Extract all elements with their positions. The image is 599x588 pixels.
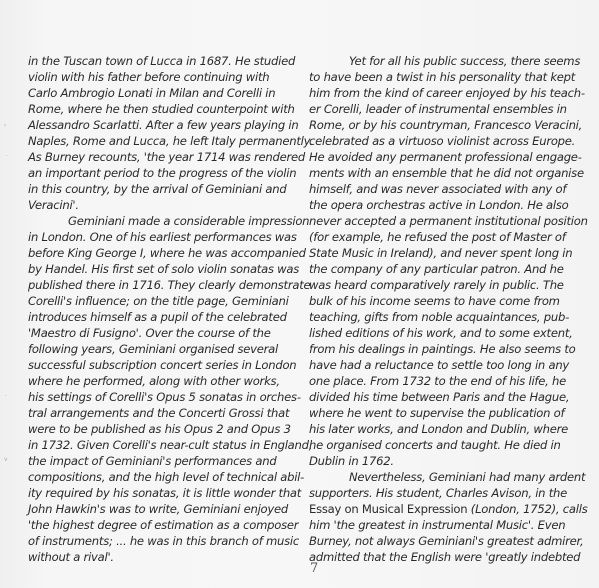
- text-line: As Burney recounts, 'the year 1714 was r…: [28, 149, 303, 165]
- text-line: ity required by his sonatas, it is littl…: [28, 485, 303, 501]
- text-line: Naples, Rome and Lucca, he left Italy pe…: [28, 133, 303, 149]
- text-line: his later works, and London and Dublin, …: [309, 421, 584, 437]
- text-line: where he performed, along with other wor…: [28, 373, 303, 389]
- scan-mark: ·: [6, 153, 8, 160]
- text-line: bulk of his income seems to have come fr…: [309, 293, 584, 309]
- essay-title-line: Essay on Musical Expression (London, 175…: [309, 501, 584, 517]
- text-line: supporters. His student, Charles Avison,…: [309, 485, 584, 501]
- text-line: in the Tuscan town of Lucca in 1687. He …: [28, 53, 303, 69]
- text-line: Carlo Ambrogio Lonati in Milan and Corel…: [28, 85, 303, 101]
- text-line: his settings of Corelli's Opus 5 sonatas…: [28, 389, 303, 405]
- text-line: 'the highest degree of estimation as a c…: [28, 517, 303, 533]
- text-line: published there in 1716. They clearly de…: [28, 277, 303, 293]
- text-line: Corelli's influence; on the title page, …: [28, 293, 303, 309]
- text-line: of instruments; ... he was in this branc…: [28, 533, 303, 549]
- text-line: compositions, and the high level of tech…: [28, 469, 303, 485]
- text-line: where he went to supervise the publicati…: [309, 405, 584, 421]
- text-line: Veracini'.: [28, 197, 303, 213]
- text-line: Alessandro Scarlatti. After a few years …: [28, 117, 303, 133]
- text-line: to have been a twist in his personality …: [309, 69, 584, 85]
- text-line: without a rival'.: [28, 549, 303, 565]
- text-line: himself, and was never associated with a…: [309, 181, 584, 197]
- text-line: divided his time between Paris and the H…: [309, 389, 584, 405]
- text-line: him 'the greatest in instrumental Music'…: [309, 517, 584, 533]
- text-line: in London. One of his earliest performan…: [28, 229, 303, 245]
- essay-citation: (London, 1752), calls: [467, 502, 587, 516]
- right-text-column: Yet for all his public success, there se…: [309, 53, 584, 565]
- text-line: the company of any particular patron. An…: [309, 261, 584, 277]
- text-line: the impact of Geminiani's performances a…: [28, 453, 303, 469]
- text-line: State Music in Ireland), and never spent…: [309, 245, 584, 261]
- scan-mark: ·: [5, 393, 7, 400]
- text-line: Rome, or by his countryman, Francesco Ve…: [309, 117, 584, 133]
- paragraph-start-line: Yet for all his public success, there se…: [309, 53, 584, 69]
- text-line: ments with an ensemble that he did not o…: [309, 165, 584, 181]
- text-line: successful subscription concert series i…: [28, 357, 303, 373]
- text-line: him from the kind of career enjoyed by h…: [309, 85, 584, 101]
- text-line: (for example, he refused the post of Mas…: [309, 229, 584, 245]
- text-line: He avoided any permanent professional en…: [309, 149, 584, 165]
- text-line: John Hawkin's was to write, Geminiani en…: [28, 501, 303, 517]
- text-line: lished editions of his work, and to some…: [309, 325, 584, 341]
- text-line: the opera orchestras active in London. H…: [309, 197, 584, 213]
- text-line: 'Maestro di Fusigno'. Over the course of…: [28, 325, 303, 341]
- scan-mark: ›: [4, 122, 6, 129]
- text-line: tral arrangements and the Concerti Gross…: [28, 405, 303, 421]
- essay-title: Essay on Musical Expression: [309, 502, 467, 516]
- text-line: Rome, where he then studied counterpoint…: [28, 101, 303, 117]
- left-text-column: in the Tuscan town of Lucca in 1687. He …: [28, 53, 303, 565]
- text-line: Dublin in 1762.: [309, 453, 584, 469]
- text-line: in this country, by the arrival of Gemin…: [28, 181, 303, 197]
- text-line: were to be published as his Opus 2 and O…: [28, 421, 303, 437]
- text-line: er Corelli, leader of instrumental ensem…: [309, 101, 584, 117]
- text-line: before King George I, where he was accom…: [28, 245, 303, 261]
- text-line: admitted that the English were 'greatly …: [309, 549, 584, 565]
- text-line: violin with his father before continuing…: [28, 69, 303, 85]
- paragraph-start-line: Nevertheless, Geminiani had many ardent: [309, 469, 584, 485]
- text-line: was heard comparatively rarely in public…: [309, 277, 584, 293]
- text-line: never accepted a permanent institutional…: [309, 213, 584, 229]
- text-line: in 1732. Given Corelli's near-cult statu…: [28, 437, 303, 453]
- scan-mark: v: [4, 456, 8, 463]
- text-line: Burney, not always Geminiani's greatest …: [309, 533, 584, 549]
- paragraph-start-line: Geminiani made a considerable impression: [28, 213, 303, 229]
- text-line: have had a reluctance to settle too long…: [309, 357, 584, 373]
- text-line: teaching, gifts from noble acquaintances…: [309, 309, 584, 325]
- text-line: from his dealings in paintings. He also …: [309, 341, 584, 357]
- text-line: introduces himself as a pupil of the cel…: [28, 309, 303, 325]
- text-line: he organised concerts and taught. He die…: [309, 437, 584, 453]
- text-line: by Handel. His first set of solo violin …: [28, 261, 303, 277]
- text-line: an important period to the progress of t…: [28, 165, 303, 181]
- text-line: following years, Geminiani organised sev…: [28, 341, 303, 357]
- text-line: one place. From 1732 to the end of his l…: [309, 373, 584, 389]
- booklet-page: in the Tuscan town of Lucca in 1687. He …: [0, 0, 599, 588]
- text-line: celebrated as a virtuoso violinist acros…: [309, 133, 584, 149]
- page-number: 7: [310, 561, 318, 576]
